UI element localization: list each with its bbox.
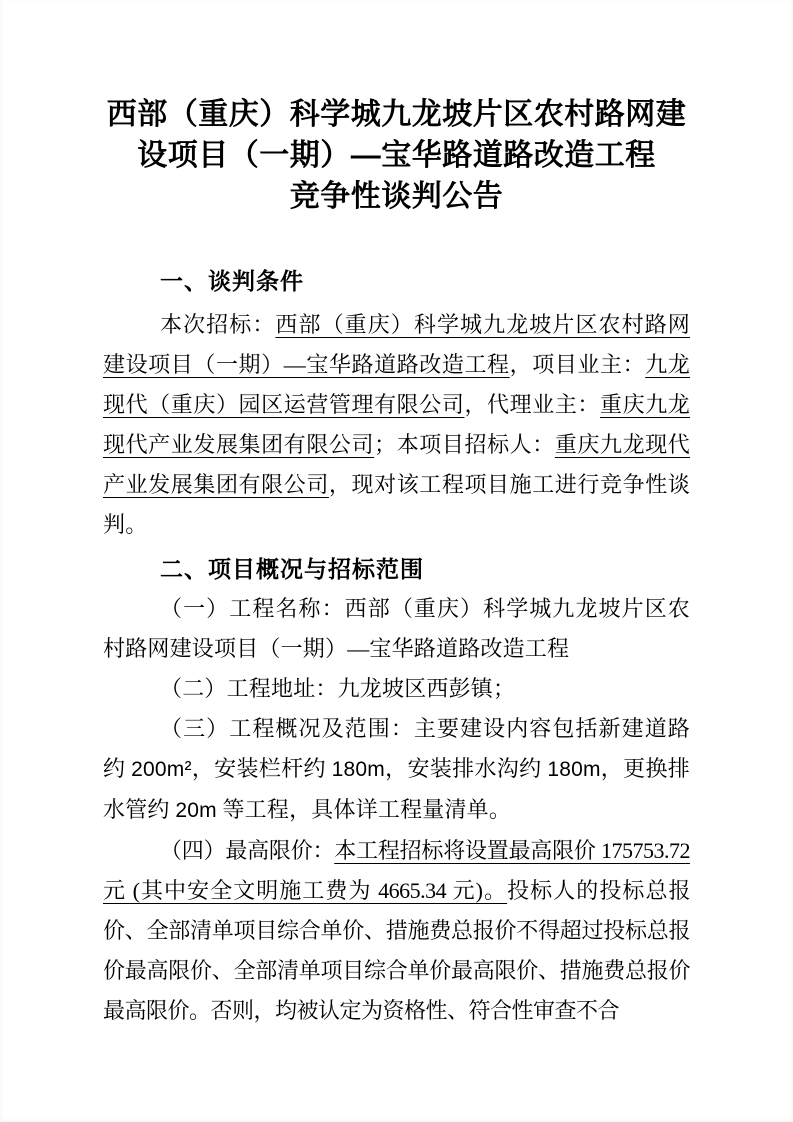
- project-address-paragraph: （二）工程地址：九龙坡区西彭镇；: [103, 669, 690, 709]
- pipe-length-value: 20m: [175, 799, 216, 822]
- tender-lead-text: 本次招标：: [160, 312, 275, 337]
- title-line-1: 西部（重庆）科学城九龙坡片区农村路网建: [103, 94, 690, 135]
- project-scope-paragraph: （三）工程概况及范围：主要建设内容包括新建道路约 200m²，安装栏杆约 180…: [103, 709, 690, 831]
- document-page: 西部（重庆）科学城九龙坡片区农村路网建设项目（一期）—宝华路道路改造工程竞争性谈…: [0, 0, 793, 1122]
- scope-mid2-text: ，安装排水沟约: [385, 756, 547, 781]
- title-line-2: 设项目（一期）—宝华路道路改造工程: [103, 135, 690, 176]
- price-limit-paragraph: （四）最高限价：本工程招标将设置最高限价 175753.72 元 (其中安全文明…: [103, 831, 690, 1031]
- price-limit-label: （四）最高限价：: [160, 838, 334, 863]
- ditch-length-value: 180m: [547, 758, 600, 781]
- scope-mid1-text: ，安装栏杆约: [192, 756, 332, 781]
- project-name-paragraph: （一）工程名称：西部（重庆）科学城九龙坡片区农村路网建设项目（一期）—宝华路道路…: [103, 589, 690, 669]
- tenderee-label: ；本项目招标人：: [374, 432, 555, 457]
- document-content: 西部（重庆）科学城九龙坡片区农村路网建设项目（一期）—宝华路道路改造工程竞争性谈…: [0, 0, 793, 1031]
- road-area-value: 200m²: [131, 758, 192, 781]
- document-title: 西部（重庆）科学城九龙坡片区农村路网建设项目（一期）—宝华路道路改造工程竞争性谈…: [103, 94, 690, 217]
- agent-label: ，代理业主：: [464, 392, 600, 417]
- section-1-heading: 一、谈判条件: [103, 261, 690, 301]
- owner-label: ，项目业主：: [510, 352, 646, 377]
- railing-length-value: 180m: [332, 758, 385, 781]
- section-2-heading: 二、项目概况与招标范围: [103, 549, 690, 589]
- section-1-paragraph: 本次招标：西部（重庆）科学城九龙坡片区农村路网建设项目（一期）—宝华路道路改造工…: [103, 305, 690, 545]
- scope-tail-text: 等工程，具体详工程量清单。: [217, 797, 511, 822]
- title-line-3: 竞争性谈判公告: [103, 176, 690, 217]
